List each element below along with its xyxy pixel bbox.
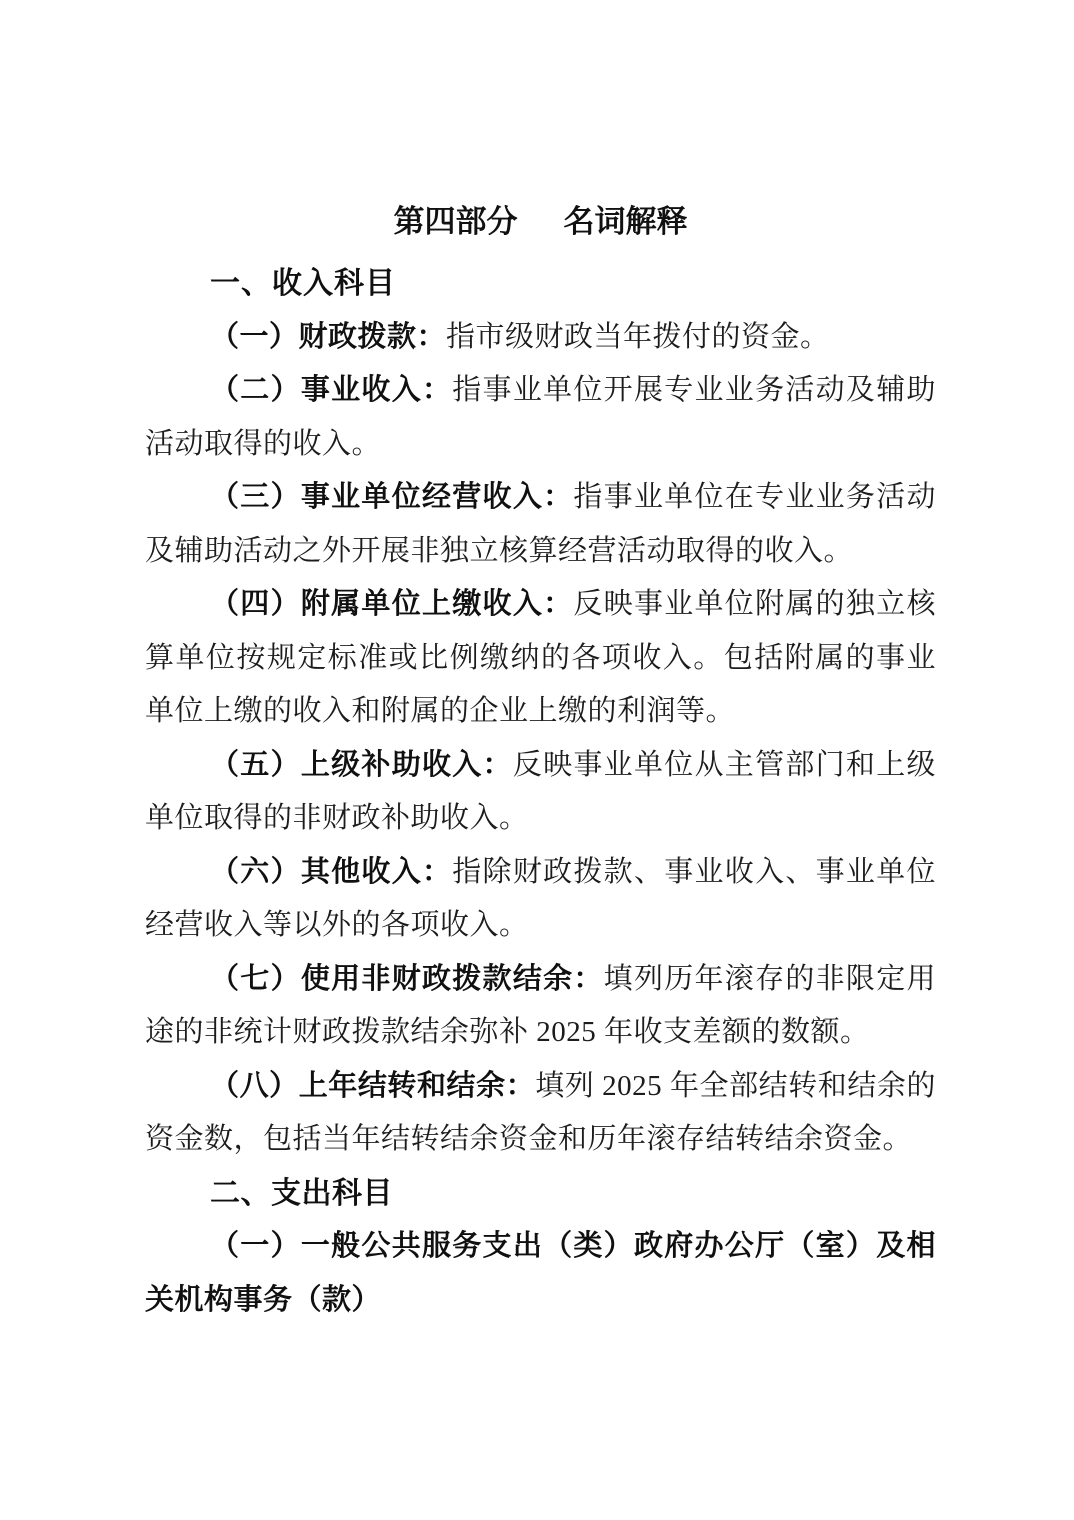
paragraph-lead: （二）事业收入：	[210, 374, 452, 406]
paragraph-lead: （一）一般公共服务支出（类）政府办公厅（室）及相关机构事务（款）	[145, 1230, 936, 1316]
paragraph-non-fiscal-balance: （七）使用非财政拨款结余：填列历年滚存的非限定用途的非统计财政拨款结余弥补 20…	[145, 953, 936, 1060]
paragraph-lead: （七）使用非财政拨款结余：	[210, 963, 604, 995]
document-page: 第四部分 名词解释 一、收入科目 （一）财政拨款：指市级财政当年拨付的资金。 （…	[0, 0, 1074, 1520]
paragraph-lead: （四）附属单位上缴收入：	[210, 588, 573, 620]
paragraph-affiliated-unit-income: （四）附属单位上缴收入：反映事业单位附属的独立核算单位按规定标准或比例缴纳的各项…	[145, 578, 936, 739]
paragraph-lead: （一）财政拨款：	[210, 321, 446, 353]
document-content: 第四部分 名词解释 一、收入科目 （一）财政拨款：指市级财政当年拨付的资金。 （…	[145, 0, 936, 1327]
paragraph-superior-subsidy-income: （五）上级补助收入：反映事业单位从主管部门和上级单位取得的非财政补助收入。	[145, 739, 936, 846]
paragraph-other-income: （六）其他收入：指除财政拨款、事业收入、事业单位经营收入等以外的各项收入。	[145, 846, 936, 953]
paragraph-text: 指市级财政当年拨付的资金。	[446, 321, 830, 353]
page-title-part2: 名词解释	[564, 201, 688, 243]
paragraph-lead: （三）事业单位经营收入：	[210, 481, 573, 513]
paragraph-business-operating-income: （三）事业单位经营收入：指事业单位在专业业务活动及辅助活动之外开展非独立核算经营…	[145, 471, 936, 578]
page-title-part1: 第四部分	[394, 201, 518, 243]
paragraph-lead: （八）上年结转和结余：	[210, 1070, 535, 1102]
page-title: 第四部分 名词解释	[145, 201, 936, 243]
paragraph-operating-income: （二）事业收入：指事业单位开展专业业务活动及辅助活动取得的收入。	[145, 364, 936, 471]
paragraph-lead: （五）上级补助收入：	[210, 749, 513, 781]
paragraph-fiscal-appropriation: （一）财政拨款：指市级财政当年拨付的资金。	[145, 311, 936, 365]
paragraph-lead: （六）其他收入：	[210, 856, 452, 888]
section-heading-expenditure: 二、支出科目	[145, 1167, 936, 1221]
section-heading-income: 一、收入科目	[145, 257, 936, 311]
paragraph-carryover-balance: （八）上年结转和结余：填列 2025 年全部结转和结余的资金数，包括当年结转结余…	[145, 1060, 936, 1167]
paragraph-general-public-service: （一）一般公共服务支出（类）政府办公厅（室）及相关机构事务（款）	[145, 1220, 936, 1327]
